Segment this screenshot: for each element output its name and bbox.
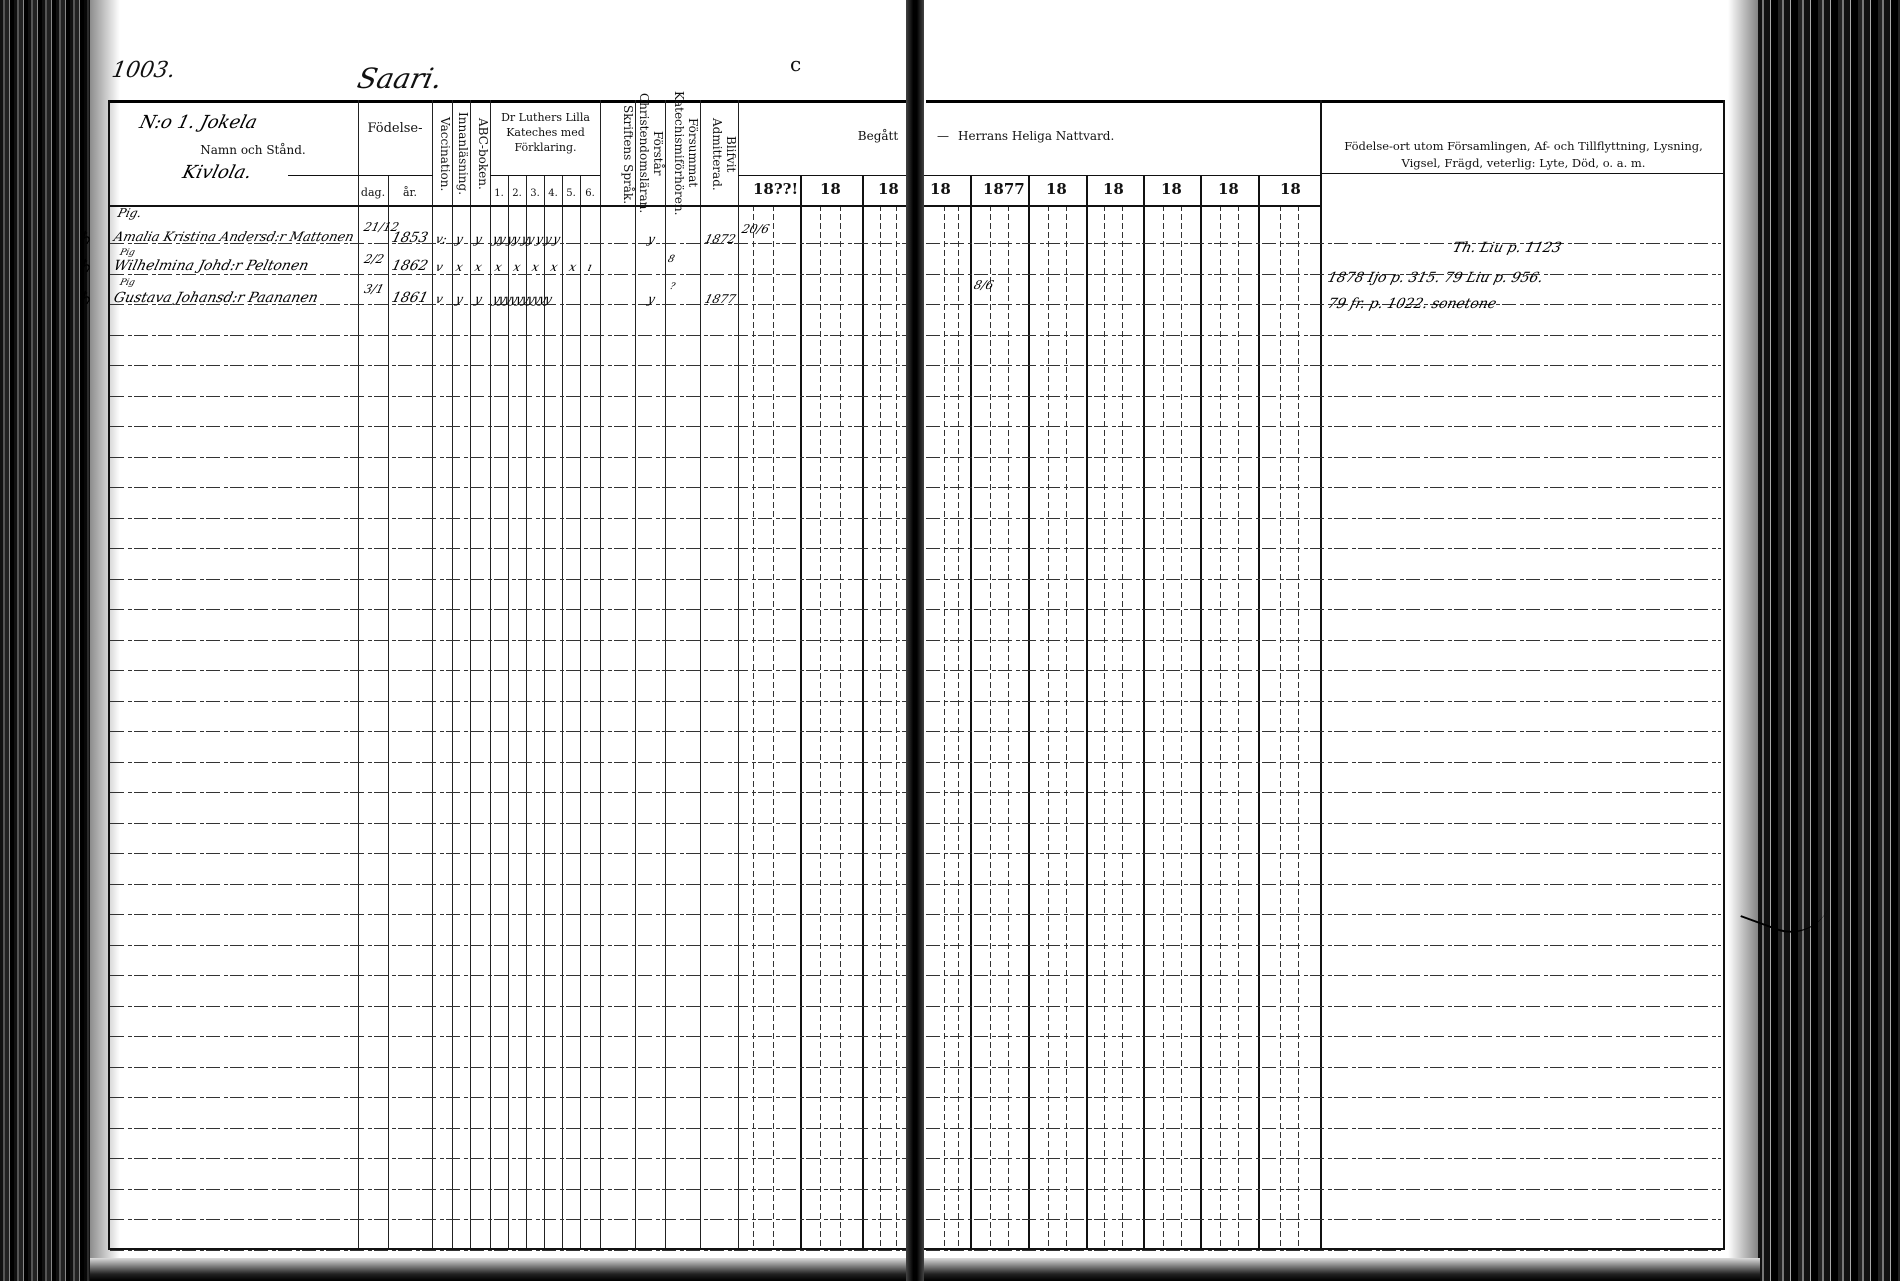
scan-border-left: [0, 0, 90, 1281]
household-label: N:o 1. Jokela: [137, 112, 259, 133]
col-sep-day: [388, 175, 389, 1250]
row-3-name-prefix: Pig: [119, 278, 136, 288]
year-header-8: 18: [1161, 180, 1182, 198]
col-sep-innanl: [470, 100, 471, 1250]
col-sep-skrift: [635, 100, 636, 1250]
row-1-name: Amalia Kristina Andersd:r Mattonen: [112, 230, 355, 245]
sub-rule: [944, 205, 945, 1250]
sub-rule: [1298, 205, 1299, 1250]
year-header-7: 18: [1103, 180, 1124, 198]
skriftens-sprak-header: Skriftens Språk.: [601, 106, 635, 202]
row-2-forsummat: 8: [667, 254, 676, 265]
row-3-admitted: 1877: [703, 292, 737, 306]
luther-subrule: [490, 175, 600, 176]
forstar-header: Förstår Christendomsläran.: [636, 104, 665, 202]
row-1-birth-year: 1853: [390, 230, 430, 246]
col-sep-vacc: [452, 100, 453, 1250]
stray-mark: c: [790, 52, 801, 76]
page-number: 1003.: [110, 58, 177, 83]
year-header-1: 18??!: [753, 180, 798, 198]
luther-part-3: 3.: [526, 185, 544, 202]
abc-boken-header: ABC-boken.: [471, 106, 490, 202]
luther-part-1: 1.: [490, 185, 508, 202]
notes-header-rule: [1320, 173, 1723, 174]
col-sep-year-5: [1028, 175, 1030, 1250]
section-label: Pig.: [116, 206, 143, 220]
left-border: [108, 100, 110, 1250]
row-1-communion: 20/6: [741, 224, 756, 235]
birth-year-header: år.: [388, 184, 432, 201]
header-bottom-rule: [108, 205, 1320, 207]
col-sep-l4: [562, 175, 563, 1250]
row-2-birth-year: 1862: [390, 258, 430, 274]
col-sep-forsummat: [700, 100, 701, 1250]
row-2-innanlasning: x: [454, 260, 464, 274]
row-3-forsummat: ?: [669, 282, 676, 292]
col-sep-l5: [580, 175, 581, 1250]
top-rule-left: [108, 100, 908, 103]
col-sep-l3: [544, 175, 545, 1250]
row-2-name: Wilhelmina Johd:r Peltonen: [112, 258, 310, 274]
sub-rule: [1181, 205, 1182, 1250]
sub-rule: [1048, 205, 1049, 1250]
luther-header: Dr Luthers Lilla Kateches med Förklaring…: [491, 110, 600, 155]
header-dash: —: [933, 128, 953, 145]
col-sep-l1: [508, 175, 509, 1250]
year-header-5: 1877: [983, 180, 1025, 198]
year-header-4: 18: [930, 180, 951, 198]
luther-part-6: 6.: [580, 185, 600, 202]
innanlasning-header: Innanläsning.: [452, 106, 470, 202]
birth-header: Födelse-: [358, 120, 432, 137]
birth-day-header: dag.: [358, 184, 388, 201]
sub-rule: [880, 205, 881, 1250]
sub-rule: [1238, 205, 1239, 1250]
sub-rule: [958, 205, 959, 1250]
col-sep-year-8: [1200, 175, 1202, 1250]
forsummat-header: Försummat Katechismiförhören.: [666, 104, 700, 202]
col-sep-forstar: [665, 100, 666, 1250]
row-1-luther: yy yy yy y y y: [491, 232, 561, 246]
row-3-birth-year: 1861: [390, 290, 430, 306]
birth-subrule: [288, 175, 433, 176]
household-sub-label: Kivlola.: [180, 162, 253, 183]
row-3-birth-day: 3/1: [363, 284, 386, 295]
sub-rule: [840, 205, 841, 1250]
row-2-vaccination: v: [434, 260, 444, 274]
sub-rule: [1066, 205, 1067, 1250]
sub-rule: [1220, 205, 1221, 1250]
book-gutter: [906, 0, 924, 1281]
col-sep-l2: [526, 175, 527, 1250]
luther-part-4: 4.: [544, 185, 562, 202]
row-2-notes: 1878 Ijo p. 315. 79 Liu p. 956.: [1326, 270, 1545, 286]
col-sep-luther: [600, 100, 601, 1250]
sub-rule: [1122, 205, 1123, 1250]
top-rule-right: [926, 100, 1725, 103]
year-header-3: 18: [878, 180, 899, 198]
row-3-luther: yyyyyyyyyy: [491, 292, 552, 306]
col-sep-year-7: [1143, 175, 1145, 1250]
sub-rule: [820, 205, 821, 1250]
name-column-header: Namn och Stånd.: [173, 142, 333, 159]
sub-rule: [1280, 205, 1281, 1250]
scan-border-bottom: [90, 1258, 1760, 1281]
luther-part-5: 5.: [562, 185, 580, 202]
row-3-communion-1877: 8/6: [973, 280, 990, 291]
row-2-birth-day: 2/2: [363, 254, 386, 265]
sub-rule: [773, 205, 774, 1250]
year-header-2: 18: [820, 180, 841, 198]
row-3-name: Gustava Johansd:r Paananen: [112, 290, 320, 306]
col-sep-notes: [1320, 100, 1322, 1250]
col-sep-year-1: [800, 175, 802, 1250]
years-subrule: [738, 175, 1320, 176]
row-2-name-prefix: Pig: [119, 248, 136, 258]
notes-column-header: Födelse-ort utom Församlingen, Af- och T…: [1326, 138, 1721, 172]
sub-rule: [990, 205, 991, 1250]
col-sep-year-2: [862, 175, 864, 1250]
blifvit-admitterad-header: Blifvit Admitterad.: [701, 106, 738, 202]
row-1-birth-day: 21/12: [363, 222, 386, 233]
year-header-6: 18: [1046, 180, 1067, 198]
year-header-10: 18: [1280, 180, 1301, 198]
herrans-nattvard-header: Herrans Heliga Nattvard.: [958, 128, 1198, 145]
col-sep-year-4: [970, 175, 972, 1250]
sub-rule: [896, 205, 897, 1250]
col-sep-abc: [490, 100, 491, 1250]
sub-rule: [753, 205, 754, 1250]
row-1-notes: Th. Liu p. 1123: [1451, 240, 1563, 256]
year-header-9: 18: [1218, 180, 1239, 198]
row-1-admitted: 1872: [703, 232, 737, 246]
col-sep-blifvit: [738, 100, 739, 1250]
col-sep-year-6: [1086, 175, 1088, 1250]
sub-rule: [1008, 205, 1009, 1250]
col-sep-year-9: [1258, 175, 1260, 1250]
row-2-abc: x: [473, 260, 483, 274]
sub-rule: [1104, 205, 1105, 1250]
right-border: [1723, 100, 1725, 1250]
village-name: Saari.: [354, 62, 445, 95]
col-sep-year: [432, 100, 433, 1250]
luther-part-2: 2.: [508, 185, 526, 202]
scan-border-right: [1758, 0, 1900, 1281]
row-2-luther: x x x x x ı: [493, 260, 597, 274]
col-sep-name: [358, 100, 359, 1250]
row-3-notes: 79 fr. p. 1022. sonetone: [1326, 296, 1498, 312]
vaccination-header: Vaccination.: [433, 106, 452, 202]
begatt-header: Begått: [848, 128, 908, 145]
sub-rule: [1163, 205, 1164, 1250]
